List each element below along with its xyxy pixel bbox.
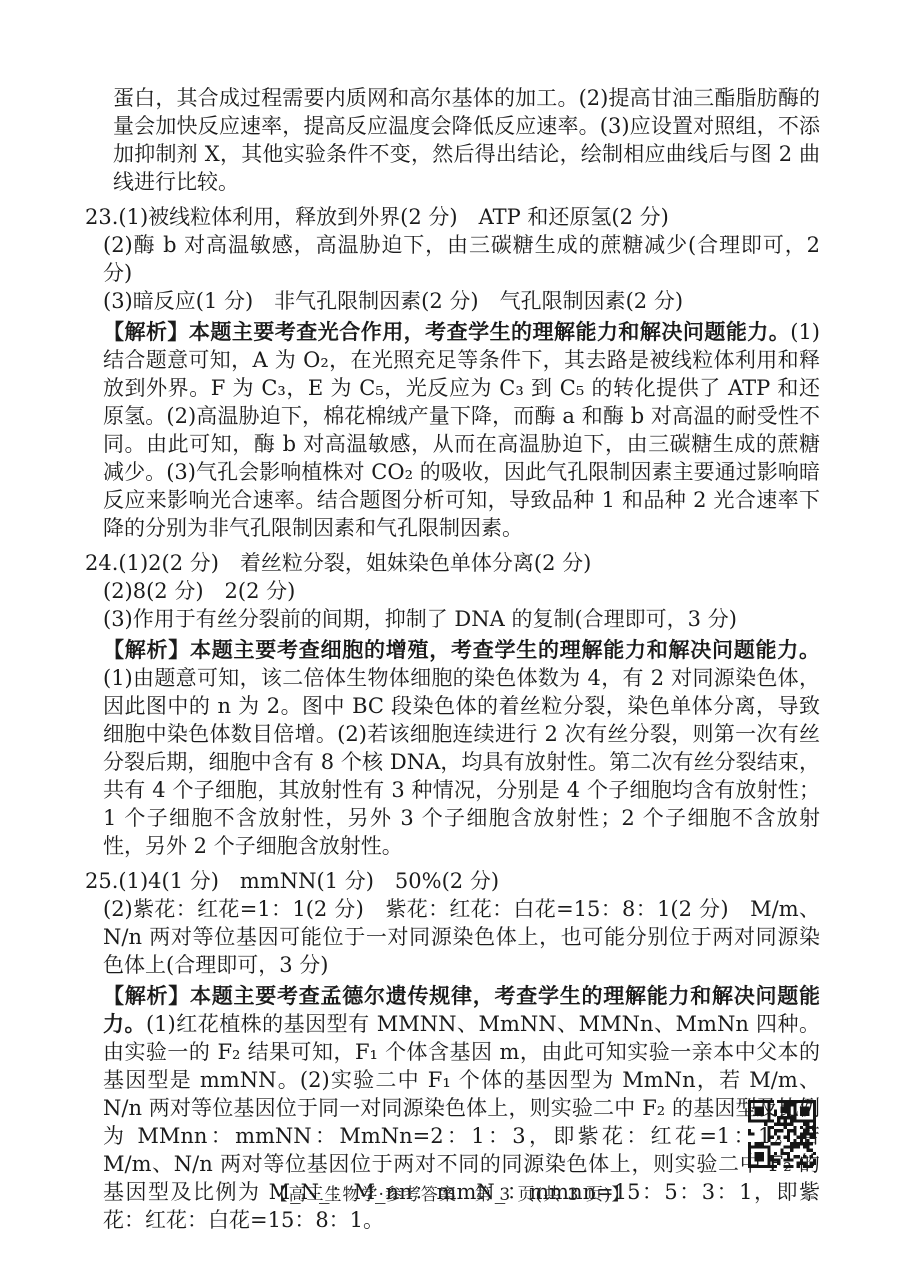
analysis-label: 【解析】本题主要考查细胞的增殖，考查学生的理解能力和解决问题能力。: [103, 637, 820, 662]
analysis-body: (1)结合题意可知，A 为 O₂，在光照充足等条件下，其去路是被线粒体利用和释放…: [103, 320, 820, 540]
question-23-block: 23.(1)被线粒体利用，释放到外界(2 分) ATP 和还原氢(2 分) (2…: [85, 203, 820, 542]
qr-code-icon: [748, 1100, 816, 1168]
answer-22-continuation: 蛋白，其合成过程需要内质网和高尔基体的加工。(2)提高甘油三酯脂肪酶的量会加快反…: [113, 84, 820, 196]
answer-line: (2)8(2 分) 2(2 分): [103, 577, 820, 605]
question-25-block: 25.(1)4(1 分) mmNN(1 分) 50%(2 分) (2)紫花：红花…: [85, 867, 820, 1234]
answer-sheet-page: 蛋白，其合成过程需要内质网和高尔基体的加工。(2)提高甘油三酯脂肪酶的量会加快反…: [0, 0, 900, 1264]
answer-text: (1)2(2 分) 着丝粒分裂，姐妹染色单体分离(2 分): [118, 551, 591, 575]
analysis-paragraph: 【解析】本题主要考查光合作用，考查学生的理解能力和解决问题能力。(1)结合题意可…: [103, 318, 820, 542]
answer-text: (1)4(1 分) mmNN(1 分) 50%(2 分): [118, 869, 499, 893]
question-number: 24.: [85, 551, 118, 575]
answer-line: (3)暗反应(1 分) 非气孔限制因素(2 分) 气孔限制因素(2 分): [103, 287, 820, 315]
question-number: 23.: [85, 205, 118, 229]
page-footer: 【高三生物学·参考答案 第 3 页(共 3 页)】: [0, 1180, 900, 1205]
answers-content: 蛋白，其合成过程需要内质网和高尔基体的加工。(2)提高甘油三酯脂肪酶的量会加快反…: [85, 84, 820, 1234]
answer-line: 25.(1)4(1 分) mmNN(1 分) 50%(2 分): [85, 867, 820, 895]
answer-line: (2)酶 b 对高温敏感，高温胁迫下，由三碳糖生成的蔗糖减少(合理即可，2 分): [103, 231, 820, 287]
analysis-body: (1)由题意可知，该二倍体生物体细胞的染色体数为 4，有 2 对同源染色体，因此…: [103, 666, 820, 858]
analysis-label: 【解析】本题主要考查光合作用，考查学生的理解能力和解决问题能力。: [103, 319, 790, 344]
question-24-block: 24.(1)2(2 分) 着丝粒分裂，姐妹染色单体分离(2 分) (2)8(2 …: [85, 549, 820, 860]
answer-line: 23.(1)被线粒体利用，释放到外界(2 分) ATP 和还原氢(2 分): [85, 203, 820, 231]
answer-line: 24.(1)2(2 分) 着丝粒分裂，姐妹染色单体分离(2 分): [85, 549, 820, 577]
answer-text: (1)被线粒体利用，释放到外界(2 分) ATP 和还原氢(2 分): [118, 205, 668, 229]
answer-line: (3)作用于有丝分裂前的间期，抑制了 DNA 的复制(合理即可，3 分): [103, 605, 820, 633]
analysis-paragraph: 【解析】本题主要考查细胞的增殖，考查学生的理解能力和解决问题能力。(1)由题意可…: [103, 636, 820, 860]
question-number: 25.: [85, 869, 118, 893]
answer-line: (2)紫花：红花=1：1(2 分) 紫花：红花：白花=15：8：1(2 分) M…: [103, 895, 820, 979]
